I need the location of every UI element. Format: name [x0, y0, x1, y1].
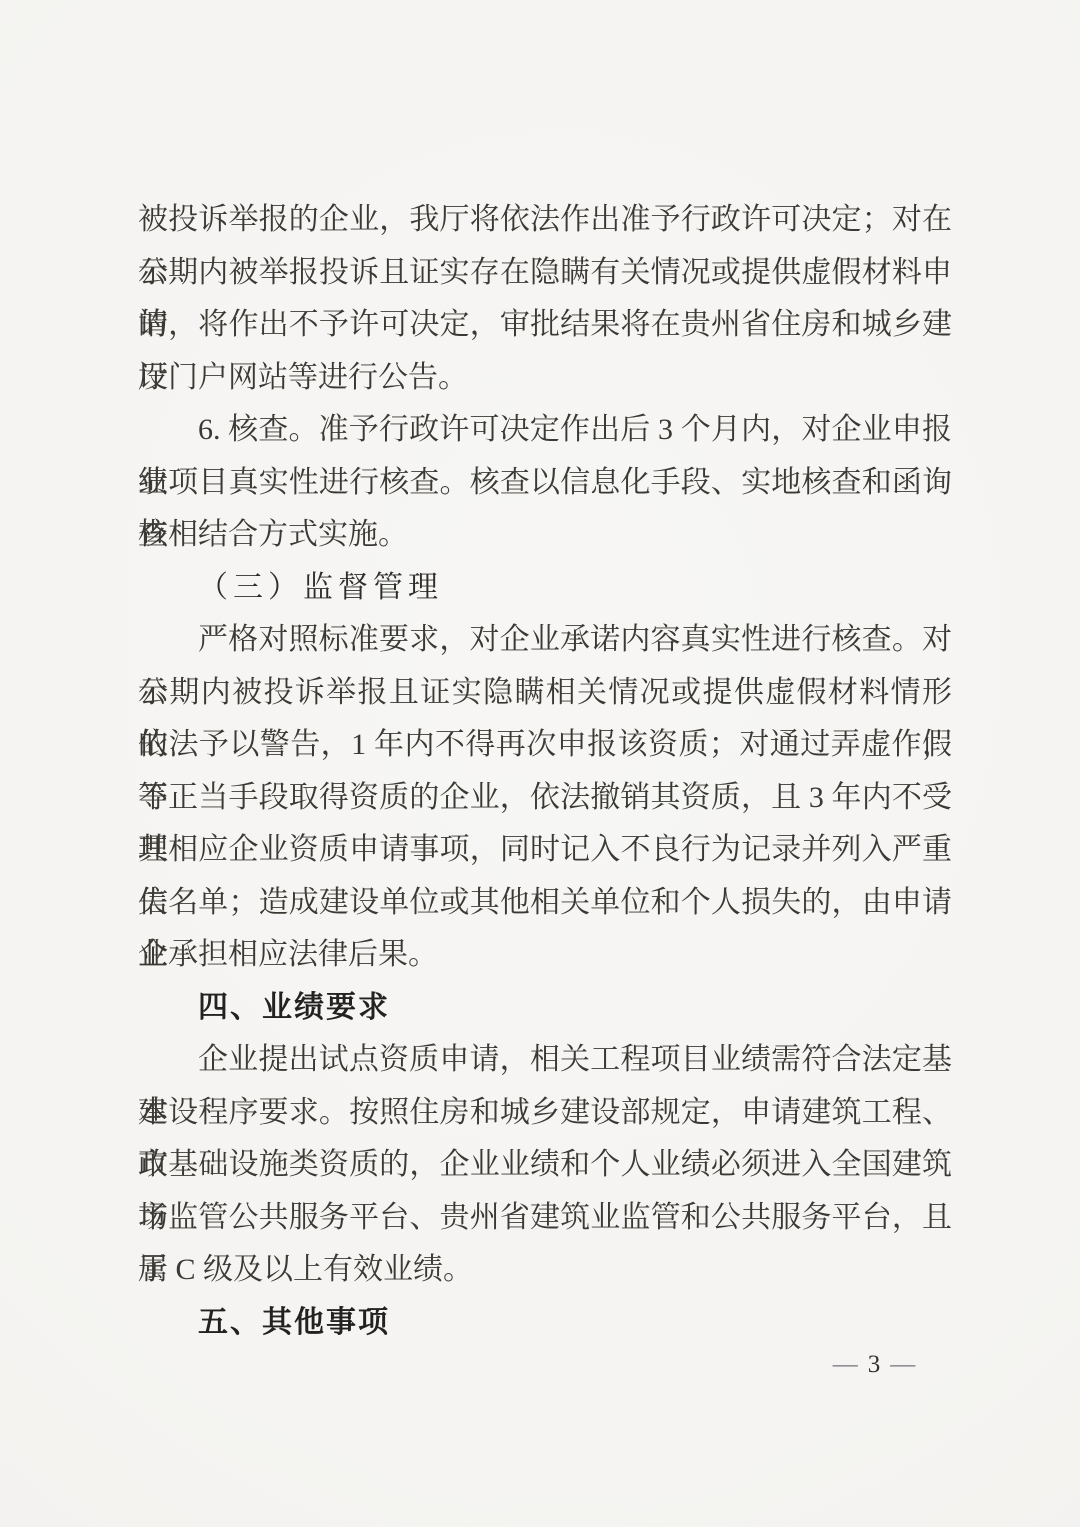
document-line: 严格对照标准要求，对企业承诺内容真实性进行核查。对公: [138, 614, 952, 667]
document-line: 于 C 级及以上有效业绩。: [138, 1244, 952, 1297]
document-line: 查相结合方式实施。: [138, 509, 952, 562]
document-line: 示期内被投诉举报且证实隐瞒相关情况或提供虚假材料情形的，: [138, 667, 952, 720]
document-line: 政基础设施类资质的，企业业绩和个人业绩必须进入全国建筑市: [138, 1139, 952, 1192]
scanned-document-page: 被投诉举报的企业，我厅将依法作出准予行政许可决定；对在公 示期内被举报投诉且证实…: [0, 0, 1080, 1527]
document-line: 建设程序要求。按照住房和城乡建设部规定，申请建筑工程、市: [138, 1087, 952, 1140]
page-number-dash-right: —: [884, 1351, 921, 1378]
document-line: 其相应企业资质申请事项，同时记入不良行为记录并列入严重失: [138, 824, 952, 877]
document-line: 信名单；造成建设单位或其他相关单位和个人损失的，由申请企: [138, 877, 952, 930]
document-line: 企业提出试点资质申请，相关工程项目业绩需符合法定基本: [138, 1034, 952, 1087]
page-number: —3—: [812, 1350, 936, 1380]
section-heading-performance-requirements: 四、业绩要求: [138, 982, 952, 1035]
page-number-value: 3: [864, 1351, 885, 1378]
document-line: 被投诉举报的企业，我厅将依法作出准予行政许可决定；对在公: [138, 194, 952, 247]
document-line: 不正当手段取得资质的企业，依法撤销其资质，且 3 年内不受理: [138, 772, 952, 825]
document-line: 依法予以警告，1 年内不得再次申报该资质；对通过弄虚作假等: [138, 719, 952, 772]
document-line: 场监管公共服务平台、贵州省建筑业监管和公共服务平台，且属: [138, 1192, 952, 1245]
document-line: 绩项目真实性进行核查。核查以信息化手段、实地核查和函询核: [138, 457, 952, 510]
page-number-dash-left: —: [827, 1351, 864, 1378]
document-line: 的，将作出不予许可决定，审批结果将在贵州省住房和城乡建设: [138, 299, 952, 352]
document-text-block: 被投诉举报的企业，我厅将依法作出准予行政许可决定；对在公 示期内被举报投诉且证实…: [138, 194, 952, 1349]
document-line: 业承担相应法律后果。: [138, 929, 952, 982]
document-line: 6. 核查。准予行政许可决定作出后 3 个月内，对企业申报业: [138, 404, 952, 457]
section-heading-supervision: （三）监督管理: [138, 562, 952, 615]
document-line: 示期内被举报投诉且证实存在隐瞒有关情况或提供虚假材料申请: [138, 247, 952, 300]
section-heading-other-matters: 五、其他事项: [138, 1297, 952, 1350]
document-line: 厅门户网站等进行公告。: [138, 352, 952, 405]
